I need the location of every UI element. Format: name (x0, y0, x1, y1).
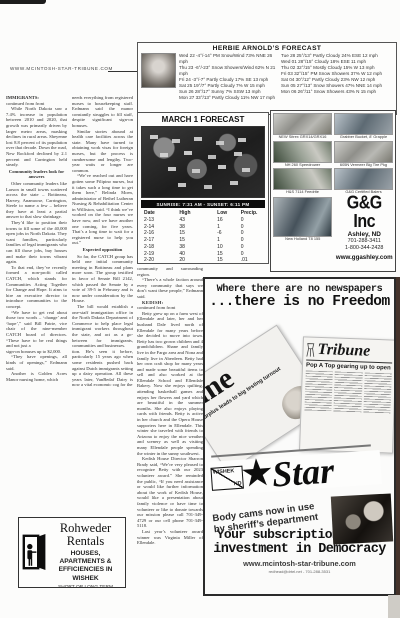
dealer-city: Ashley, ND (335, 231, 393, 238)
equipment-photo (334, 168, 393, 190)
ad-title: Rohweder Rentals (49, 522, 122, 547)
article-paragraph: “We’ve reached out and have gotten some … (72, 173, 133, 246)
equipment-item: Grabber Bucket, 8' Grapple (334, 113, 393, 140)
table-row: 2-143810 (144, 224, 262, 231)
tractor-item: New Holland T8 155 (273, 197, 332, 261)
ad-website: www.mcintosh-star-tribune.com (205, 559, 394, 568)
equipment-item: H&S 7114 Feedrite (273, 168, 332, 195)
march-forecast-box: MARCH 1 FORECAST SUNRISE: 7:31 AM - SUNS… (137, 112, 269, 264)
article-paragraph: community and surrounding region. (137, 266, 203, 277)
simulated-text-columns (304, 371, 391, 414)
ad-line: HOUSES, APARTMENTS & (49, 550, 122, 566)
table-row: 2-171510 (144, 237, 262, 244)
equipment-photo (273, 168, 332, 190)
newspaper-clipping-right: Tribune Pop A Top gearing up to open (299, 336, 396, 453)
front-page-photo (331, 493, 393, 544)
dealer-phone-1: 701-288-3411 (335, 238, 393, 245)
herbie-portrait-photo (141, 53, 176, 88)
equipment-caption: 605N Vermeer Big Tire Pkg (334, 163, 393, 168)
equipment-item: G&G Certified Balers (334, 168, 393, 195)
dealer-phone-2: 1-800-344-2428 (335, 245, 393, 252)
scan-edge-corner (388, 595, 400, 618)
dealer-website: www.ggashley.com (335, 254, 393, 261)
table-row: 2-1343160 (144, 217, 262, 224)
forecast-week-1: Wed 22 -4°/-14° PM Snow/Wind 73% NNE 26 … (179, 53, 278, 102)
scan-edge-strip (396, 277, 400, 618)
immigrants-article: IMMIGRANTS: continued from front While N… (6, 95, 134, 513)
equipment-caption: NH 260 Speedrower (273, 163, 332, 168)
state-label: ND (234, 480, 242, 487)
forecast-line: Wed 22 -4°/-14° PM Snow/Wind 73% NNE 26 … (179, 53, 278, 65)
article-paragraph: “We have to get real about those two wor… (6, 310, 67, 349)
equipment-photo (334, 141, 393, 163)
newspaper-collage: une surplus leads to big testing turnout… (205, 310, 394, 525)
article-paragraph: Other community leaders like Larson in s… (6, 181, 67, 220)
article-paragraph: They’d like to position their towns to f… (6, 220, 67, 265)
article-paragraph: needs everything from registered nurses … (72, 95, 133, 129)
ad-headline-2: ...there is no Freedom (205, 294, 394, 310)
equipment-photo (334, 113, 393, 135)
kedish-article: community and surrounding region. “There… (137, 266, 203, 584)
equipment-item: NEW Sitrex GRX14/GRX16 (273, 113, 332, 140)
forecast-week-2: Tue 28 25°/13° Partly Cloudy 24% ESE 12 … (281, 53, 393, 102)
open-door-icon (22, 521, 46, 584)
town-label: WISHEK (213, 468, 235, 475)
map-temperature-labels (150, 135, 158, 139)
forecast-line: Mon 27 33°/13° Partly Cloudy 11% NW 17 m… (179, 95, 278, 101)
herbie-forecast-box: HERBIE ARNOLD’S FORECAST Wed 22 -4°/-14°… (137, 42, 397, 115)
table-row: 2-202015.01 (144, 257, 262, 264)
article-paragraph: Last year’s volunteer award winner was V… (137, 529, 203, 546)
newspaper-page: WWW.MCINTOSH-STAR-TRIBUNE.COM NEWS FEBRU… (0, 0, 400, 618)
sunrise-sunset-bar: SUNRISE: 7:31 AM - SUNSET: 6:11 PM (141, 200, 265, 208)
article-paragraph: Another is Golden Acres Manor nursing ho… (6, 371, 67, 382)
article-paragraph: tion. He’s seen it before, particularly … (72, 349, 133, 388)
article-paragraph: “There’s a whole faction around every co… (137, 277, 203, 299)
article-paragraph: “They have openings, all kinds of openin… (6, 354, 67, 371)
subscription-line-2: investment in Democracy (205, 542, 394, 557)
gg-contact-block: G&G Inc Ashley, ND 701-288-3411 1-800-34… (335, 197, 393, 261)
forecast-line: Thu 23 -6°/-23° Snow Showers/Wind 62% N … (179, 65, 278, 77)
tribune-masthead: Tribune (317, 342, 370, 360)
equipment-item: NH 260 Speedrower (273, 141, 332, 168)
col-header-low: Low (217, 210, 241, 217)
tractor-photo (273, 197, 332, 237)
immigrants-column-2: needs everything from registered nurses … (72, 95, 133, 513)
article-paragraph: Betty grew up on a farm west of Ellendal… (137, 311, 203, 456)
ad-contact-line: redhead@drtel.net - 701-288-3531 (205, 569, 394, 574)
equipment-item: 605N Vermeer Big Tire Pkg (334, 141, 393, 168)
star-masthead-word: Star (271, 454, 335, 491)
col-header-high: High (179, 210, 217, 217)
table-row: 2-1615-60 (144, 230, 262, 237)
article-subheading: Community leaders look for answers (6, 169, 67, 180)
col-header-precip: Precip. (241, 210, 262, 217)
rohweder-rentals-ad: Rohweder Rentals HOUSES, APARTMENTS & EF… (18, 517, 126, 588)
water-tower-icon (305, 342, 316, 357)
immigrants-column-1: IMMIGRANTS: continued from front While N… (6, 95, 67, 513)
tractor-caption: New Holland T8 155 (273, 237, 332, 242)
us-weather-map (141, 126, 265, 198)
wishek-nd-box: WISHEK ND (210, 465, 244, 490)
herbie-forecast-title: HERBIE ARNOLD’S FORECAST (138, 45, 396, 52)
article-paragraph: Similar stories abound at health care fa… (72, 129, 133, 174)
precip-table: Date High Low Precip. 2-1343160 2-143810… (144, 210, 262, 264)
article-subheading: Expected opposition (72, 247, 133, 253)
table-row: 2-1838100 (144, 244, 262, 251)
subscription-ad: Where there are no newspapers ...there i… (203, 277, 396, 596)
ad-line: SHORT OR LONG TERM LEASES (49, 585, 122, 588)
march-forecast-title: MARCH 1 FORECAST (138, 115, 268, 124)
table-header-row: Date High Low Precip. (144, 210, 262, 217)
forecast-line: Mon 06 26°/11° Snow Showers 43% N 15 mph (281, 89, 393, 95)
col-header-date: Date (144, 210, 179, 217)
article-paragraph: The bill would establish a one-staff imm… (72, 304, 133, 349)
article-paragraph: To that end, they’ve recently formed a n… (6, 265, 67, 310)
scan-smudge (0, 0, 46, 4)
ad-line: EFFICIENCIES IN WISHEK (49, 566, 122, 582)
article-paragraph: Kedish House Director Sharron Brady said… (137, 456, 203, 529)
equipment-photo (273, 113, 332, 135)
equipment-caption: H&S 7114 Feedrite (273, 190, 332, 195)
star-logo-icon: ★ (239, 458, 275, 491)
gg-equipment-ad: NEW Sitrex GRX14/GRX16 Grabber Bucket, 8… (270, 110, 396, 272)
article-paragraph: So far, the CATCH group has held one ini… (72, 254, 133, 304)
equipment-caption: Grabber Bucket, 8' Grapple (334, 135, 393, 140)
dealer-name: G&G Inc (335, 195, 393, 232)
table-row: 2-1940150 (144, 251, 262, 258)
equipment-photo (273, 141, 332, 163)
equipment-caption: NEW Sitrex GRX14/GRX16 (273, 135, 332, 140)
article-paragraph: While North Dakota saw a 7.4% increase i… (6, 106, 67, 168)
